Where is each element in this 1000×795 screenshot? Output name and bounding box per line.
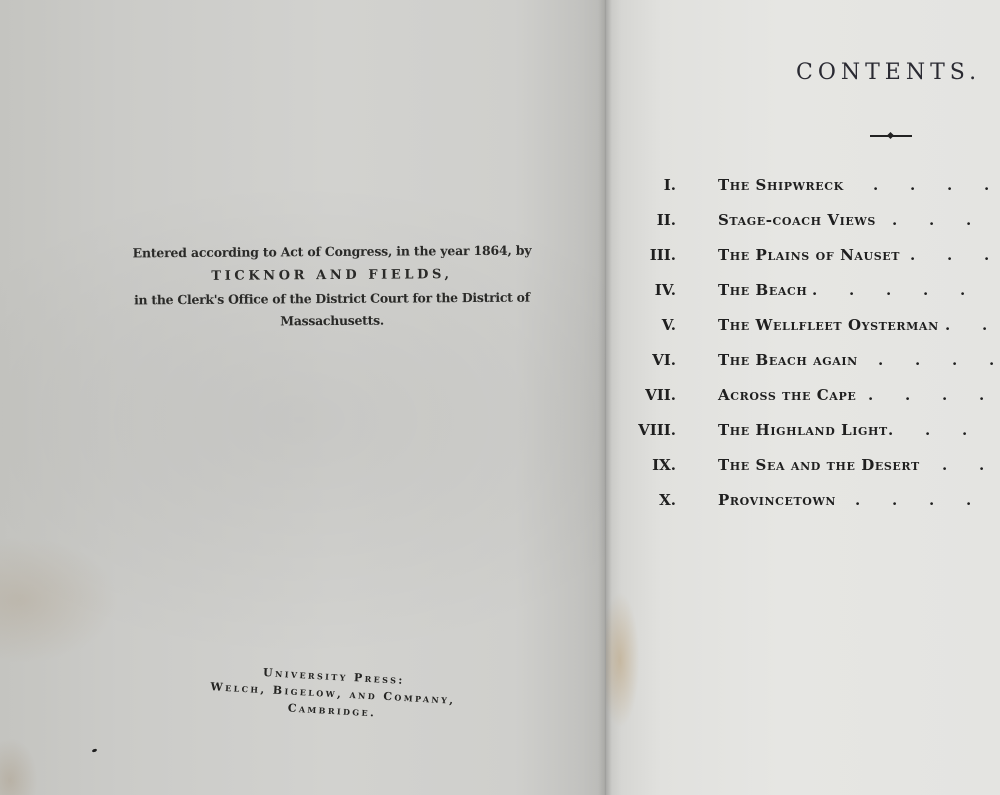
toc-entry[interactable]: IV. The Beach ..... <box>640 281 1000 305</box>
chapter-number: IX. <box>652 456 676 474</box>
dot-leader: .... <box>878 351 1000 369</box>
chapter-number: VIII. <box>638 421 676 439</box>
chapter-number: I. <box>664 176 676 194</box>
toc-entry[interactable]: V. The Wellfleet Oysterman .. <box>640 316 1000 340</box>
printer-imprint: University Press: Welch, Bigelow, and Co… <box>187 660 479 727</box>
toc-entry[interactable]: VIII. The Highland Light ... <box>640 421 1000 445</box>
dot-leader: .... <box>868 386 1000 404</box>
copyright-notice: Entered according to Act of Congress, in… <box>82 240 582 332</box>
dot-leader: ... <box>888 421 999 439</box>
chapter-title: Provincetown <box>718 491 836 509</box>
chapter-title: Stage-coach Views <box>718 211 876 229</box>
chapter-title: The Plains of Nauset <box>718 246 900 264</box>
ink-speck <box>92 748 98 753</box>
contents-heading: CONTENTS. <box>796 60 981 85</box>
chapter-title: Across the Cape <box>718 386 856 404</box>
dot-leader: ..... <box>812 281 997 299</box>
chapter-title: The Shipwreck <box>718 176 844 194</box>
toc-entry[interactable]: X. Provincetown .... <box>640 491 1000 515</box>
dot-leader: .... <box>873 176 1000 194</box>
dot-leader: ... <box>910 246 1000 264</box>
chapter-number: X. <box>659 491 676 509</box>
publisher-name: TICKNOR AND FIELDS, <box>82 262 582 289</box>
copyright-court-line: in the Clerk's Office of the District Co… <box>82 286 582 333</box>
toc-entry[interactable]: VI. The Beach again .... <box>640 351 1000 375</box>
dot-leader: .... <box>855 491 1000 509</box>
chapter-number: V. <box>662 316 676 334</box>
gutter-fold <box>598 0 612 795</box>
chapter-title: The Highland Light <box>718 421 888 439</box>
chapter-title: The Beach again <box>718 351 858 369</box>
chapter-title: The Sea and the Desert <box>718 456 920 474</box>
chapter-number: III. <box>650 246 676 264</box>
chapter-number: II. <box>657 211 676 229</box>
chapter-title: The Beach <box>718 281 807 299</box>
toc-entry[interactable]: II. Stage-coach Views ... <box>640 211 1000 235</box>
book-spread: Entered according to Act of Congress, in… <box>0 0 1000 795</box>
chapter-number: VI. <box>652 351 676 369</box>
toc-entry[interactable]: III. The Plains of Nauset ... <box>640 246 1000 270</box>
toc-entry[interactable]: IX. The Sea and the Desert .. <box>640 456 1000 480</box>
copyright-entry-line: Entered according to Act of Congress, in… <box>82 238 582 265</box>
chapter-title: The Wellfleet Oysterman <box>718 316 939 334</box>
toc-entry[interactable]: I. The Shipwreck .... <box>640 176 1000 200</box>
toc-entry[interactable]: VII. Across the Cape .... <box>640 386 1000 410</box>
left-page: Entered according to Act of Congress, in… <box>0 0 606 795</box>
chapter-number: VII. <box>645 386 676 404</box>
dot-leader: .. <box>942 456 1000 474</box>
dot-leader: ... <box>892 211 1000 229</box>
ornament-rule-icon <box>870 132 912 140</box>
chapter-number: IV. <box>655 281 676 299</box>
dot-leader: .. <box>945 316 1000 334</box>
